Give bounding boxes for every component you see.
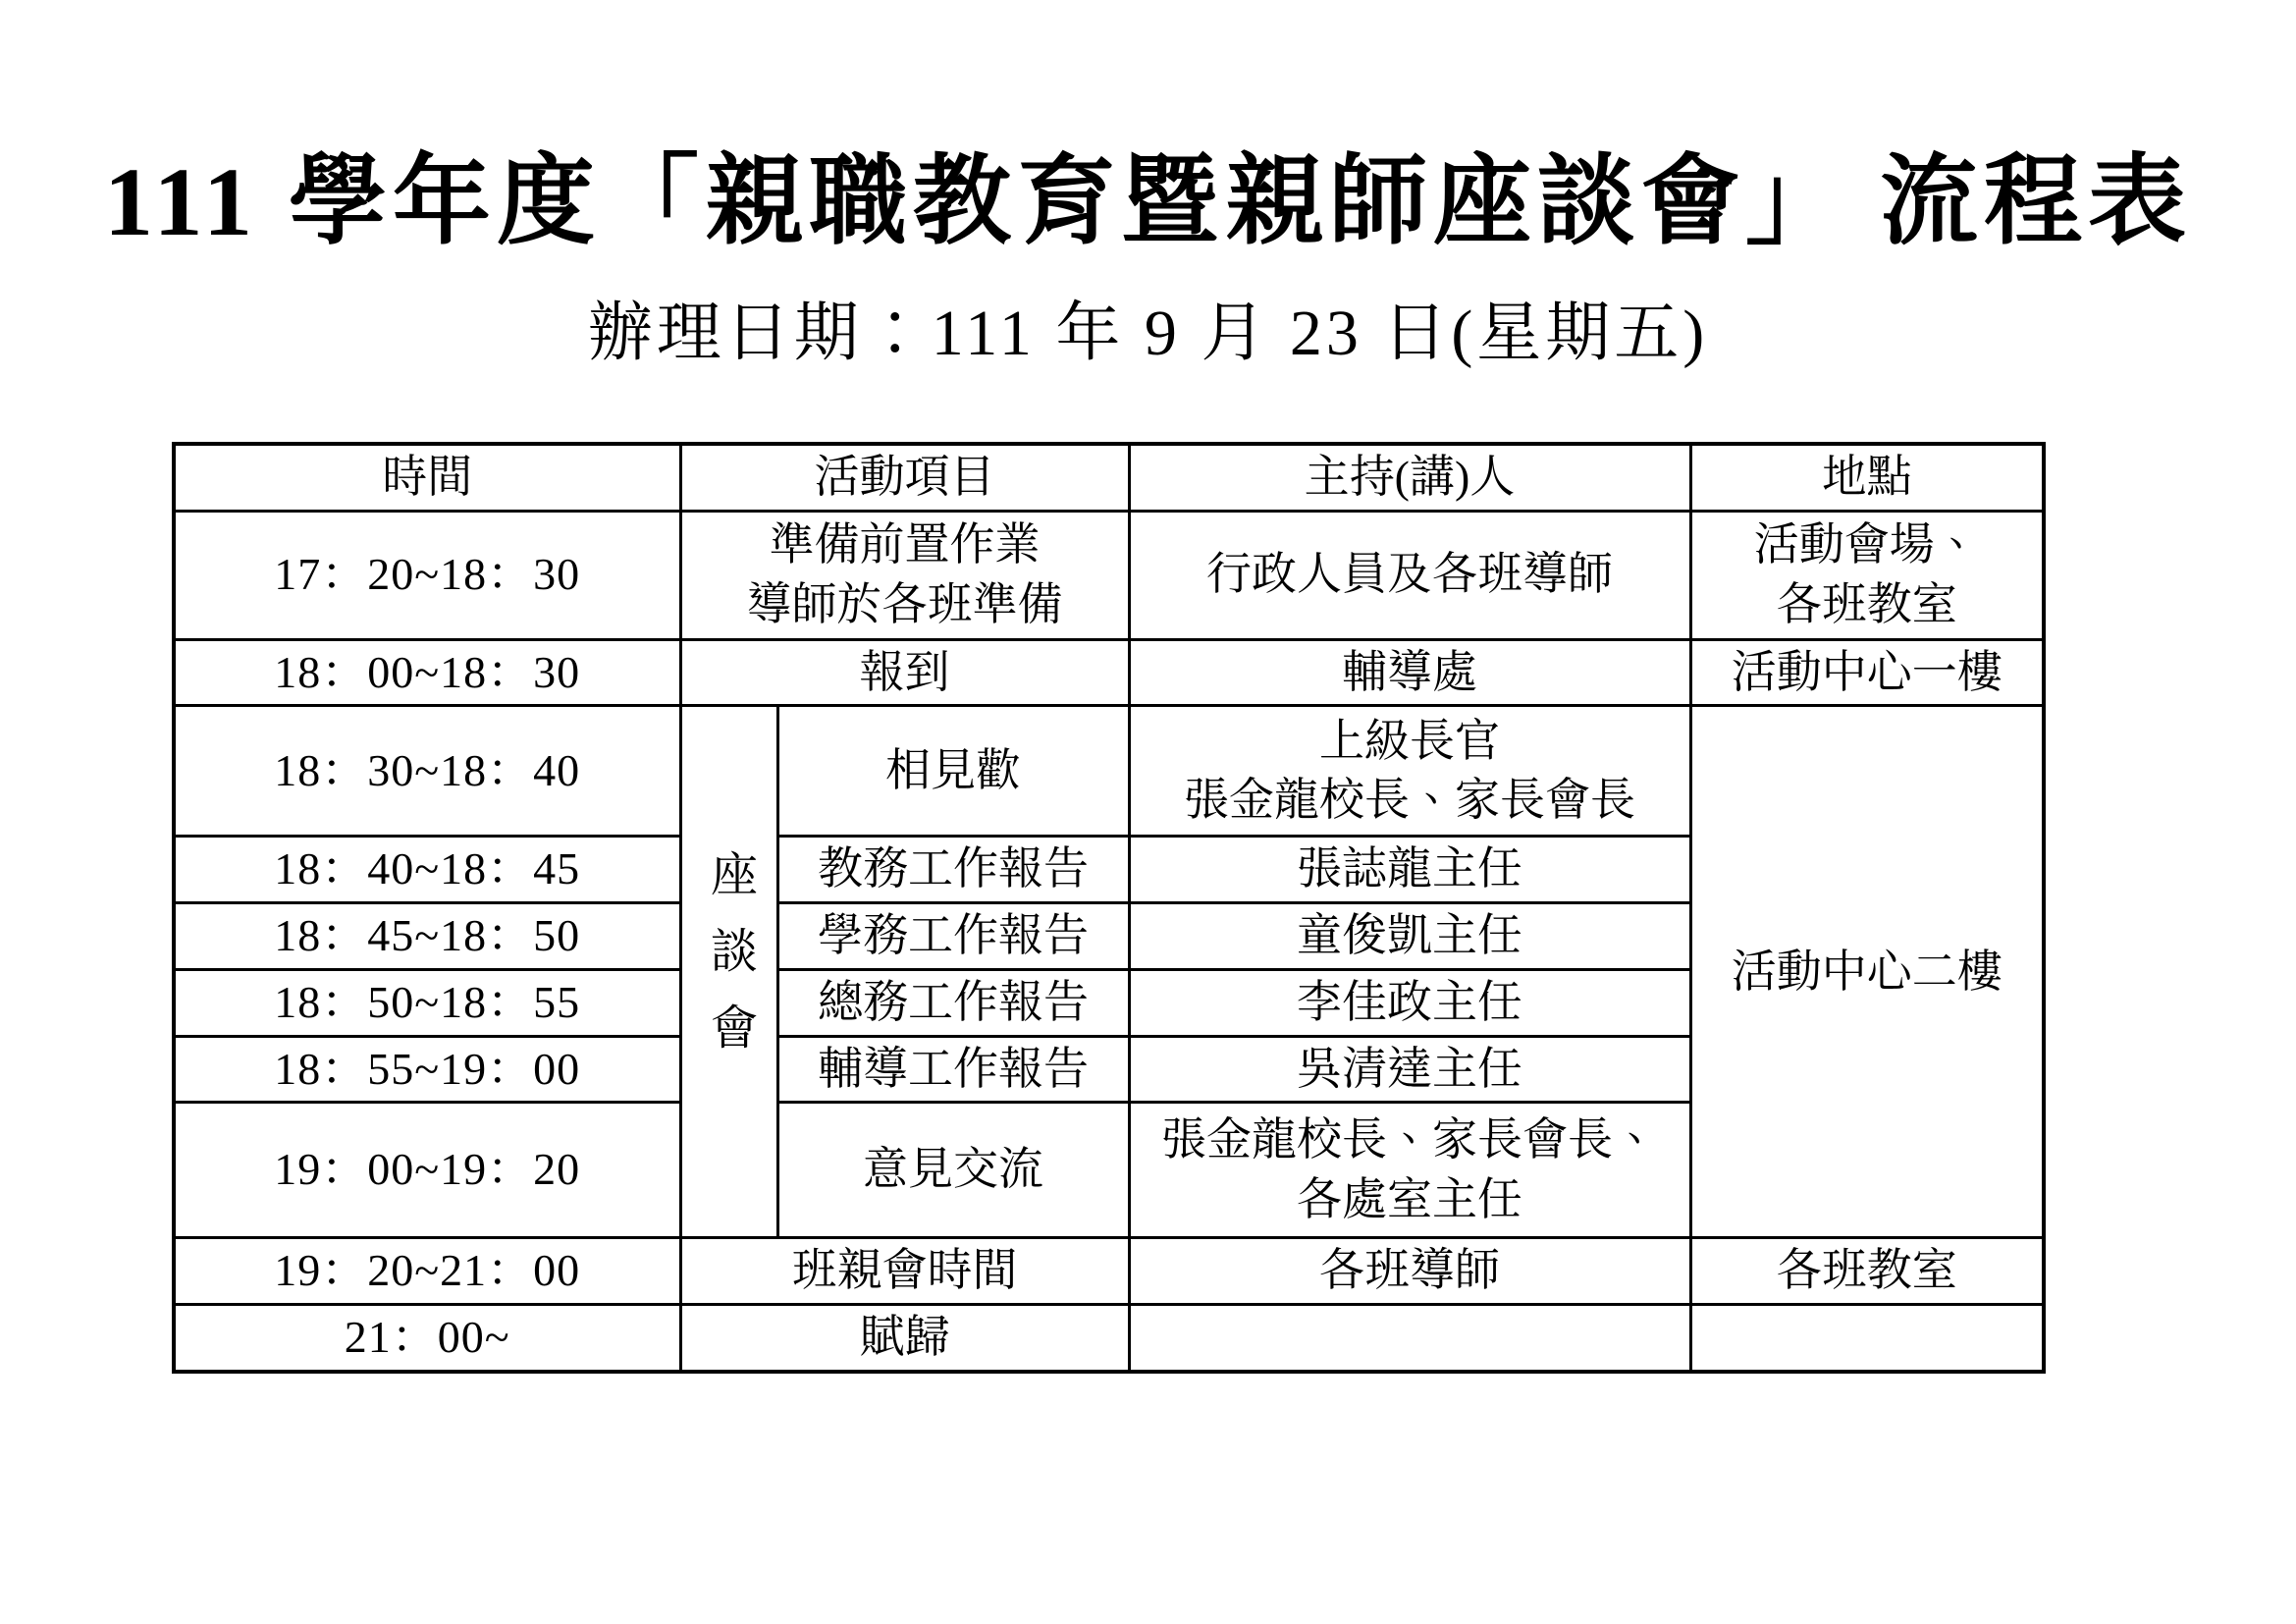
location-line-2: 各班教室 bbox=[1696, 575, 2039, 635]
page-subtitle: 辦理日期：111 年 9 月 23 日(星期五) bbox=[0, 258, 2296, 373]
cell-host: 輔導處 bbox=[1129, 639, 1690, 706]
host-line-1: 上級長官 bbox=[1135, 712, 1685, 772]
cell-host: 張誌龍主任 bbox=[1129, 837, 1690, 903]
host-line-2: 各處室主任 bbox=[1135, 1170, 1685, 1230]
cell-activity: 意見交流 bbox=[777, 1103, 1129, 1238]
seminar-group-cell: 座談會 bbox=[680, 706, 777, 1238]
cell-location: 活動中心一樓 bbox=[1690, 639, 2044, 706]
host-line-2: 張金龍校長、家長會長 bbox=[1135, 771, 1685, 831]
cell-time: 21：00~ bbox=[174, 1305, 680, 1372]
cell-host: 上級長官 張金龍校長、家長會長 bbox=[1129, 706, 1690, 837]
activity-line-1: 準備前置作業 bbox=[686, 515, 1124, 575]
cell-time: 19：20~21：00 bbox=[174, 1238, 680, 1305]
header-location: 地點 bbox=[1690, 444, 2044, 511]
cell-time: 18：30~18：40 bbox=[174, 706, 680, 837]
cell-location: 各班教室 bbox=[1690, 1238, 2044, 1305]
cell-host: 行政人員及各班導師 bbox=[1129, 511, 1690, 639]
cell-time: 18：45~18：50 bbox=[174, 903, 680, 970]
cell-time: 18：00~18：30 bbox=[174, 639, 680, 706]
seminar-group-label: 座談會 bbox=[706, 849, 753, 1079]
cell-time: 18：55~19：00 bbox=[174, 1036, 680, 1103]
cell-activity: 教務工作報告 bbox=[777, 837, 1129, 903]
cell-host bbox=[1129, 1305, 1690, 1372]
cell-time: 17：20~18：30 bbox=[174, 511, 680, 639]
schedule-table: 時間 活動項目 主持(講)人 地點 17：20~18：30 準備前置作業 導師於… bbox=[172, 442, 2046, 1374]
location-line-1: 活動會場、 bbox=[1696, 515, 2039, 575]
cell-host: 吳清達主任 bbox=[1129, 1036, 1690, 1103]
cell-activity: 總務工作報告 bbox=[777, 969, 1129, 1036]
document-page: 111 學年度「親職教育暨親師座談會」 流程表 辦理日期：111 年 9 月 2… bbox=[0, 0, 2296, 1624]
cell-host: 童俊凱主任 bbox=[1129, 903, 1690, 970]
cell-activity: 班親會時間 bbox=[680, 1238, 1129, 1305]
cell-host: 李佳政主任 bbox=[1129, 969, 1690, 1036]
table-row: 21：00~ 賦歸 bbox=[174, 1305, 2044, 1372]
cell-activity: 學務工作報告 bbox=[777, 903, 1129, 970]
table-row: 19：20~21：00 班親會時間 各班導師 各班教室 bbox=[174, 1238, 2044, 1305]
cell-host: 各班導師 bbox=[1129, 1238, 1690, 1305]
merged-location-cell: 活動中心二樓 bbox=[1690, 706, 2044, 1238]
cell-host: 張金龍校長、家長會長、 各處室主任 bbox=[1129, 1103, 1690, 1238]
cell-time: 18：50~18：55 bbox=[174, 969, 680, 1036]
header-host: 主持(講)人 bbox=[1129, 444, 1690, 511]
table-row: 17：20~18：30 準備前置作業 導師於各班準備 行政人員及各班導師 活動會… bbox=[174, 511, 2044, 639]
cell-activity: 相見歡 bbox=[777, 706, 1129, 837]
cell-time: 18：40~18：45 bbox=[174, 837, 680, 903]
cell-activity: 準備前置作業 導師於各班準備 bbox=[680, 511, 1129, 639]
table-header-row: 時間 活動項目 主持(講)人 地點 bbox=[174, 444, 2044, 511]
page-title: 111 學年度「親職教育暨親師座談會」 流程表 bbox=[0, 0, 2296, 258]
header-activity: 活動項目 bbox=[680, 444, 1129, 511]
cell-activity: 報到 bbox=[680, 639, 1129, 706]
header-time: 時間 bbox=[174, 444, 680, 511]
cell-time: 19：00~19：20 bbox=[174, 1103, 680, 1238]
table-row: 18：30~18：40 座談會 相見歡 上級長官 張金龍校長、家長會長 活動中心… bbox=[174, 706, 2044, 837]
cell-location: 活動會場、 各班教室 bbox=[1690, 511, 2044, 639]
cell-activity: 賦歸 bbox=[680, 1305, 1129, 1372]
cell-activity: 輔導工作報告 bbox=[777, 1036, 1129, 1103]
host-line-1: 張金龍校長、家長會長、 bbox=[1135, 1110, 1685, 1170]
table-row: 18：00~18：30 報到 輔導處 活動中心一樓 bbox=[174, 639, 2044, 706]
cell-location bbox=[1690, 1305, 2044, 1372]
activity-line-2: 導師於各班準備 bbox=[686, 575, 1124, 635]
